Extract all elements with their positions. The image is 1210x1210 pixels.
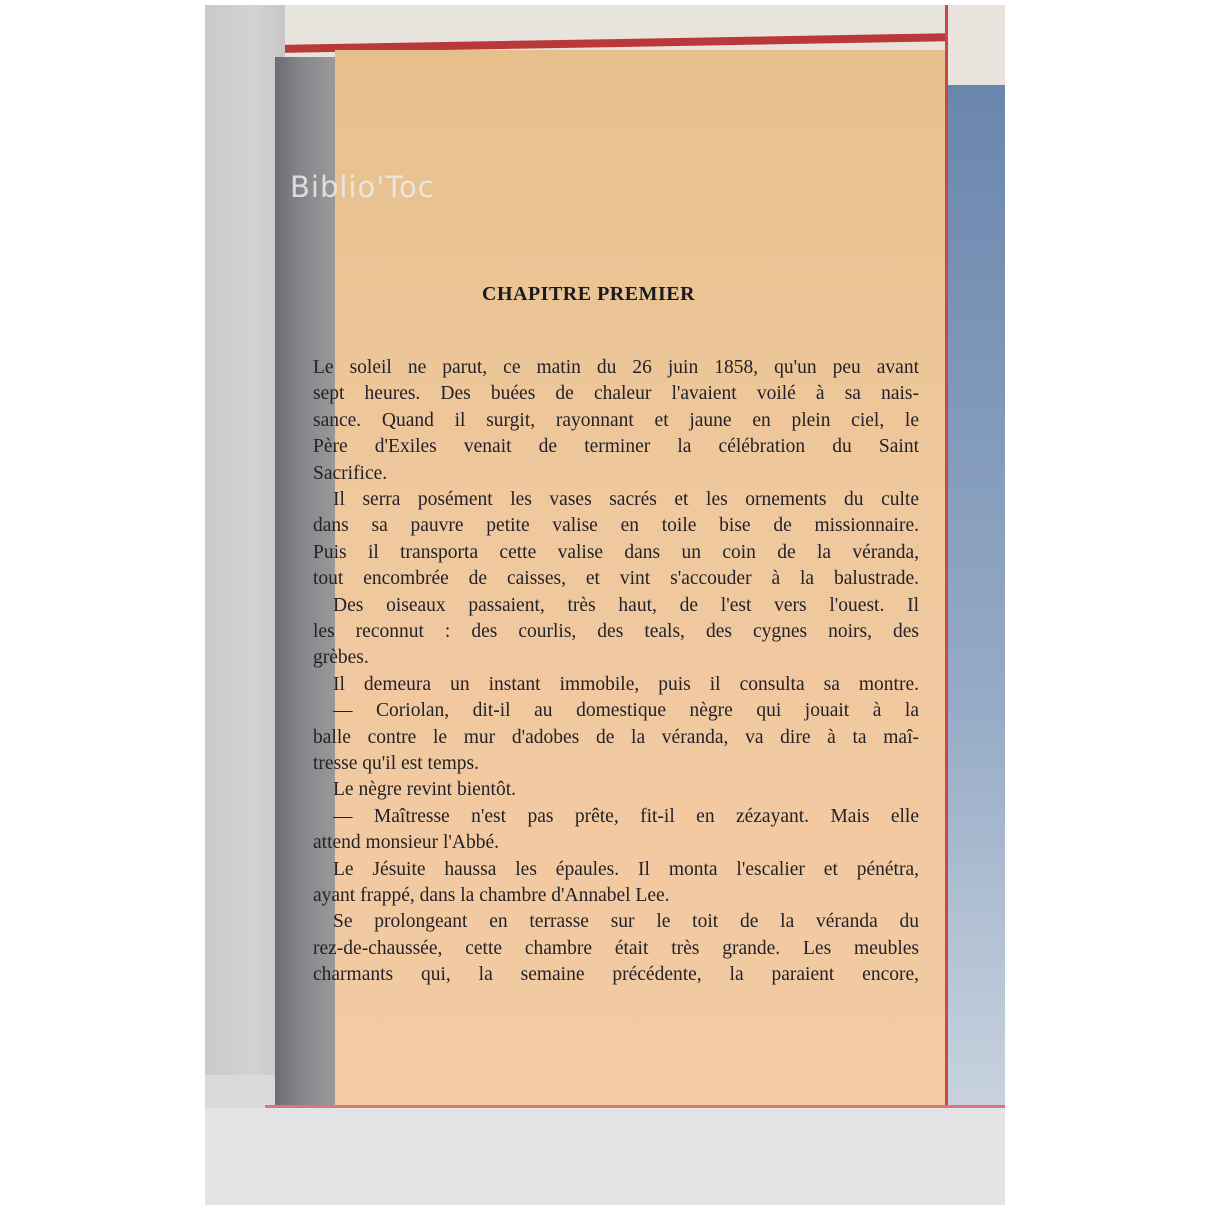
text-line: rez-de-chaussée, cette chambre était trè… (313, 936, 919, 962)
text-line: Le Jésuite haussa les épaules. Il monta … (313, 857, 919, 883)
text-line: sance. Quand il surgit, rayonnant et jau… (313, 408, 919, 434)
left-page (205, 5, 285, 1205)
text-line: Il demeura un instant immobile, puis il … (313, 672, 919, 698)
text-line: dans sa pauvre petite valise en toile bi… (313, 513, 919, 539)
text-line: Le soleil ne parut, ce matin du 26 juin … (313, 355, 919, 381)
text-line: tresse qu'il est temps. (313, 751, 919, 777)
right-cover-top (948, 5, 1005, 85)
text-line: grèbes. (313, 645, 919, 671)
text-line: Le nègre revint bientôt. (313, 777, 919, 803)
text-line: Il serra posément les vases sacrés et le… (313, 487, 919, 513)
text-line: tout encombrée de caisses, et vint s'acc… (313, 566, 919, 592)
chapter-title: CHAPITRE PREMIER (482, 283, 695, 306)
text-line: attend monsieur l'Abbé. (313, 830, 919, 856)
text-line: ayant frappé, dans la chambre d'Annabel … (313, 883, 919, 909)
text-line: Père d'Exiles venait de terminer la célé… (313, 434, 919, 460)
text-line: charmants qui, la semaine précédente, la… (313, 962, 919, 988)
text-line: balle contre le mur d'adobes de la véran… (313, 725, 919, 751)
text-line: Sacrifice. (313, 461, 919, 487)
text-line: sept heures. Des buées de chaleur l'avai… (313, 381, 919, 407)
text-line: — Coriolan, dit-il au domestique nègre q… (313, 698, 919, 724)
watermark: Biblio'Toc (290, 170, 435, 204)
right-background (948, 85, 1005, 1105)
text-line: Puis il transporta cette valise dans un … (313, 540, 919, 566)
table-surface (205, 1108, 1005, 1205)
text-line: Des oiseaux passaient, très haut, de l'e… (313, 593, 919, 619)
text-line: les reconnut : des courlis, des teals, d… (313, 619, 919, 645)
text-line: Se prolongeant en terrasse sur le toit d… (313, 909, 919, 935)
text-line: — Maîtresse n'est pas prête, fit-il en z… (313, 804, 919, 830)
